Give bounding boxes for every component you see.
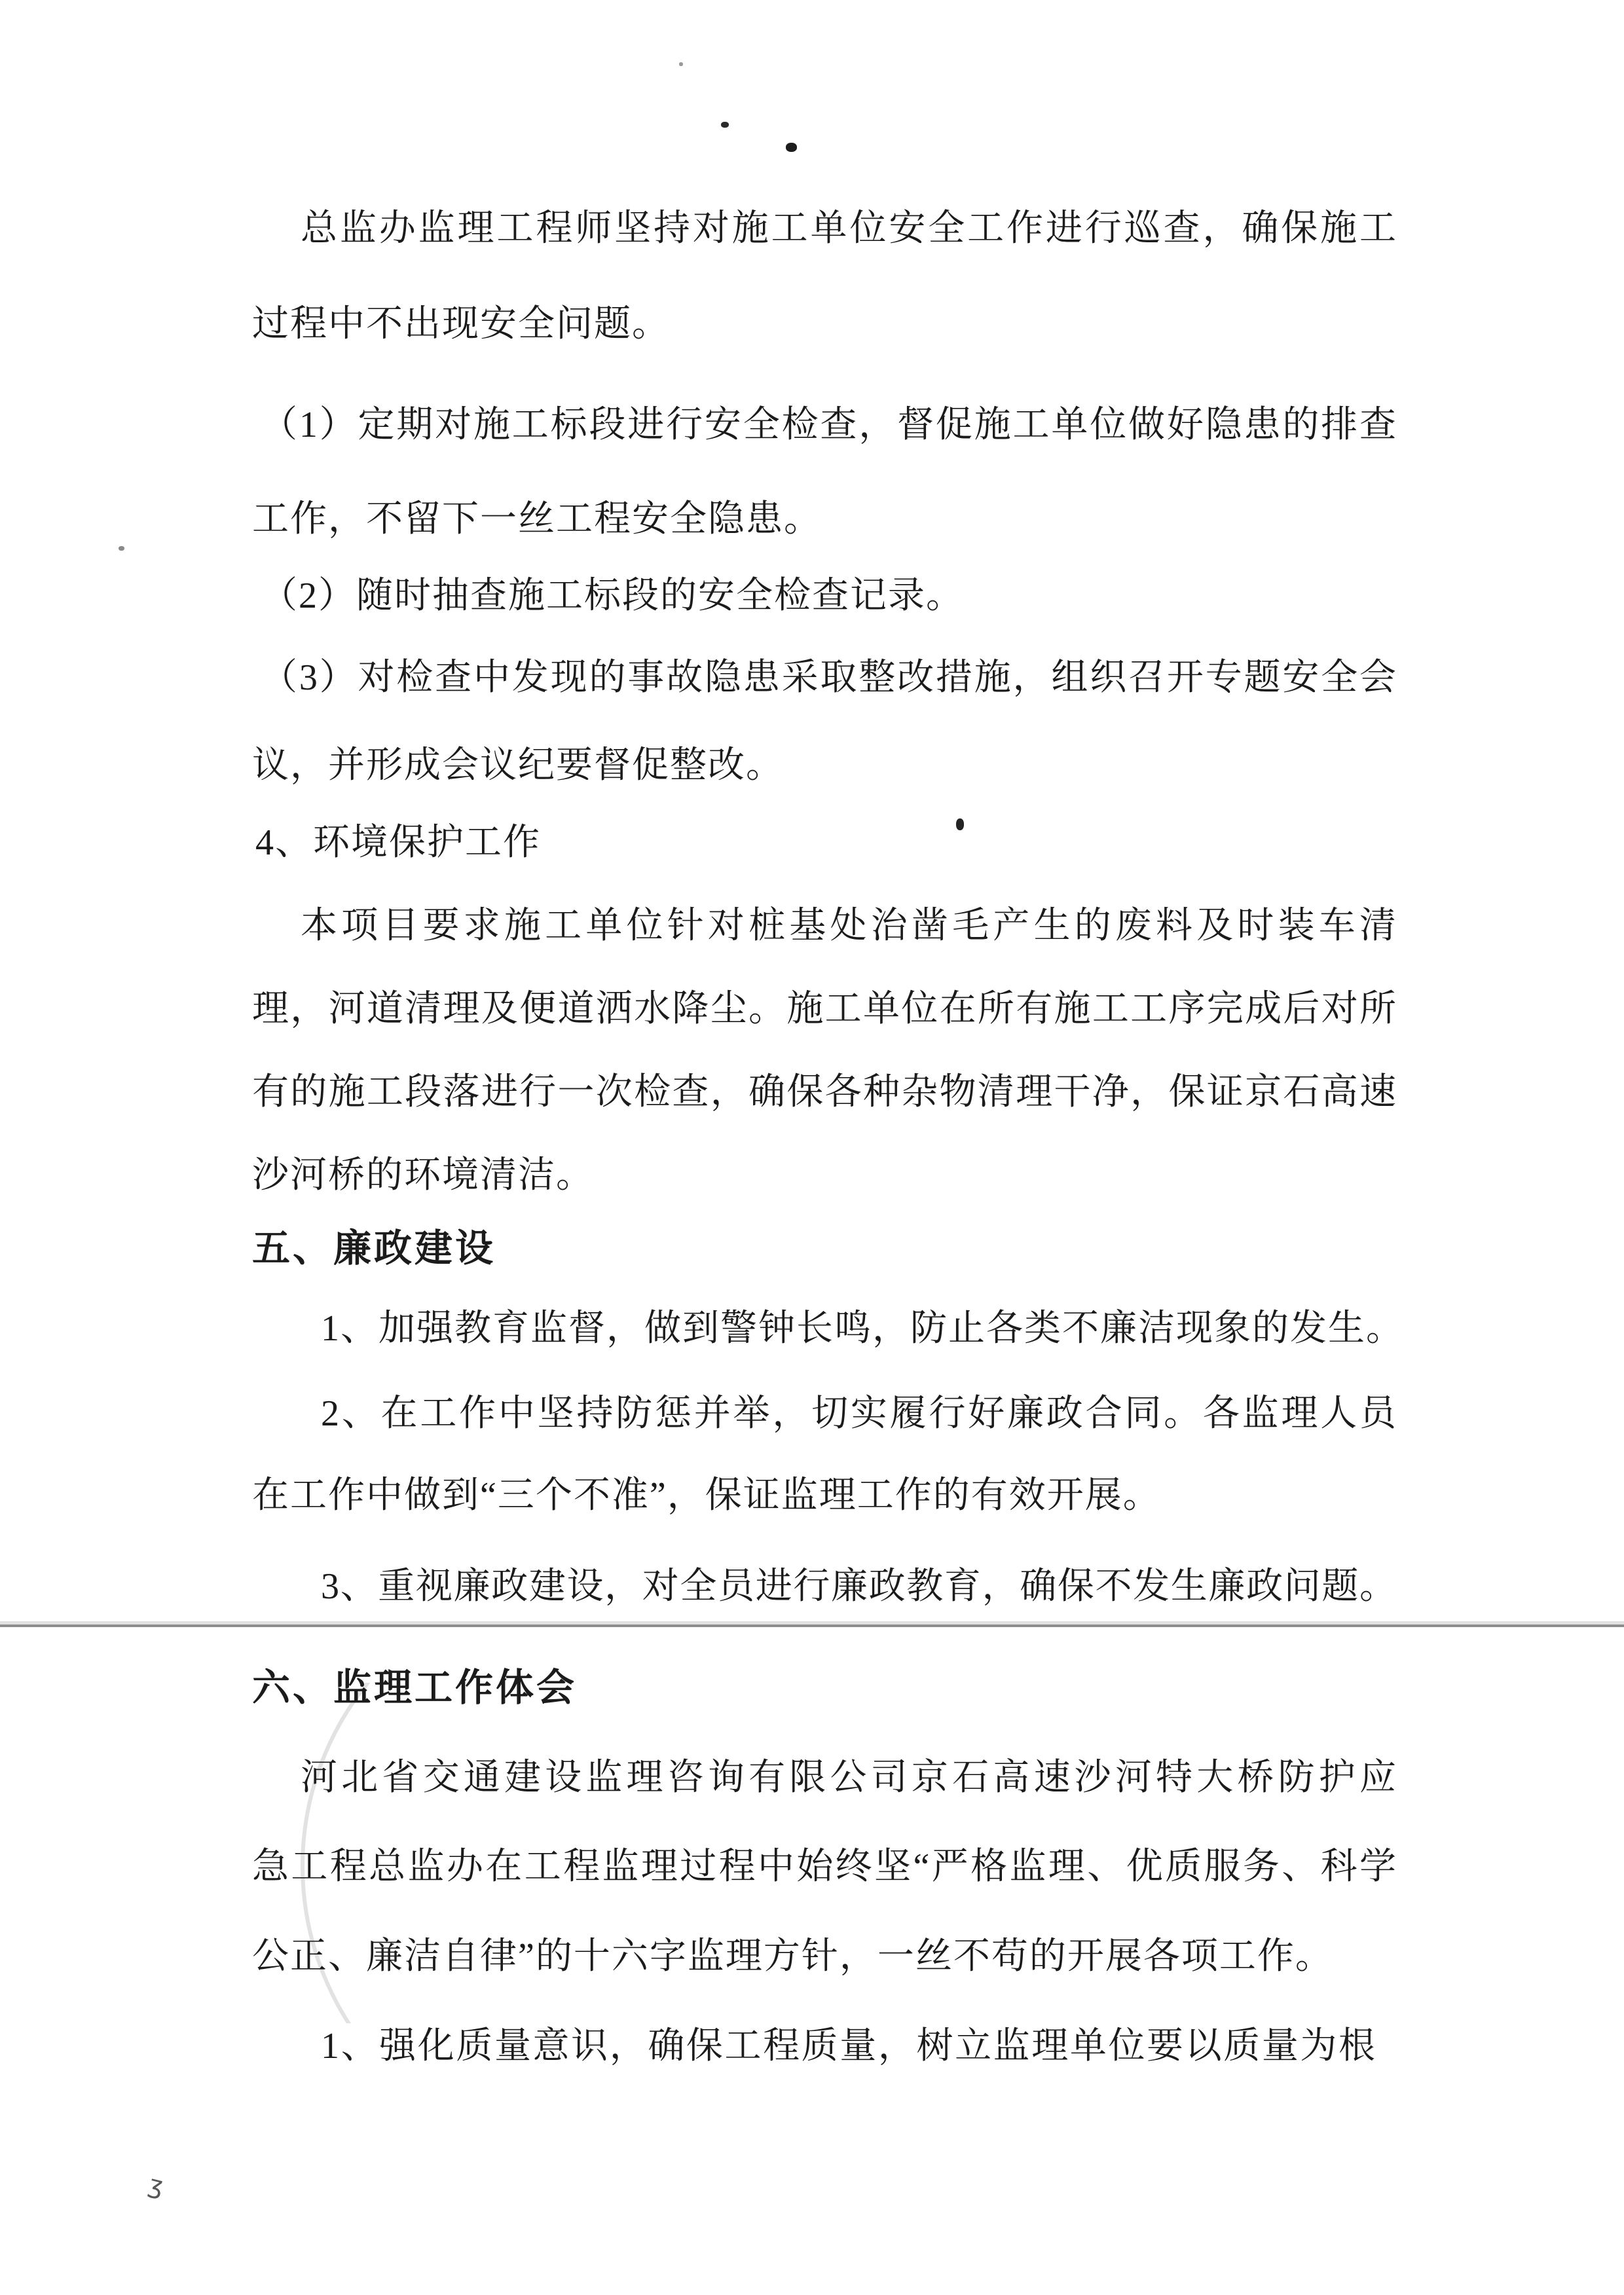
section-heading: 六、监理工作体会: [252, 1665, 577, 1711]
text-line: 河北省交通建设监理咨询有限公司京石高速沙河特大桥防护应: [301, 1756, 1396, 1800]
text-line: 过程中不出现安全问题。: [252, 303, 670, 346]
scan-speck: [956, 818, 964, 830]
text-line: 4、环境保护工作: [255, 821, 541, 865]
text-line: 1、强化质量意识，确保工程质量，树立监理单位要以质量为根: [321, 2025, 1375, 2068]
text-line: 1、加强教育监督，做到警钟长鸣，防止各类不廉洁现象的发生。: [321, 1307, 1404, 1351]
text-line: 本项目要求施工单位针对桩基处治凿毛产生的废料及时装车清: [301, 904, 1396, 948]
scan-speck: [786, 143, 797, 152]
text-line: （1）定期对施工标段进行安全检查，督促施工单位做好隐患的排查: [261, 403, 1396, 447]
text-line: （3）对检查中发现的事故隐患采取整改措施，组织召开专题安全会: [261, 656, 1396, 700]
document-page: 总监办监理工程师坚持对施工单位安全工作进行巡查，确保施工过程中不出现安全问题。（…: [0, 0, 1624, 2295]
section-heading: 五、廉政建设: [252, 1226, 496, 1272]
text-line: 工作，不留下一丝工程安全隐患。: [252, 498, 822, 542]
scan-speck: [679, 62, 683, 66]
section-divider: [0, 1621, 1624, 1627]
text-line: 议，并形成会议纪要督促整改。: [252, 744, 784, 788]
divider-rule: [0, 1625, 1624, 1627]
text-line: 理，河道清理及便道洒水降尘。施工单位在所有施工工序完成后对所: [252, 987, 1396, 1031]
text-line: 有的施工段落进行一次检查，确保各种杂物清理干净，保证京石高速: [252, 1071, 1396, 1114]
text-line: 公正、廉洁自律”的十六字监理方针，一丝不苟的开展各项工作。: [252, 1935, 1333, 1979]
scan-speck: [119, 546, 124, 551]
scan-speck: [721, 122, 729, 128]
text-line: 在工作中做到“三个不准”，保证监理工作的有效开展。: [252, 1474, 1161, 1518]
text-line: 3、重视廉政建设，对全员进行廉政教育，确保不发生廉政问题。: [321, 1565, 1396, 1609]
text-line: 急工程总监办在工程监理过程中始终坚“严格监理、优质服务、科学: [252, 1845, 1396, 1889]
text-line: 总监办监理工程师坚持对施工单位安全工作进行巡查，确保施工: [301, 207, 1396, 251]
text-line: 沙河桥的环境清洁。: [252, 1154, 594, 1198]
scan-squiggle-mark: ʒ: [147, 2171, 166, 2199]
text-line: 2、在工作中坚持防惩并举，切实履行好廉政合同。各监理人员: [321, 1392, 1396, 1436]
text-line: （2）随时抽查施工标段的安全检查记录。: [261, 574, 964, 618]
